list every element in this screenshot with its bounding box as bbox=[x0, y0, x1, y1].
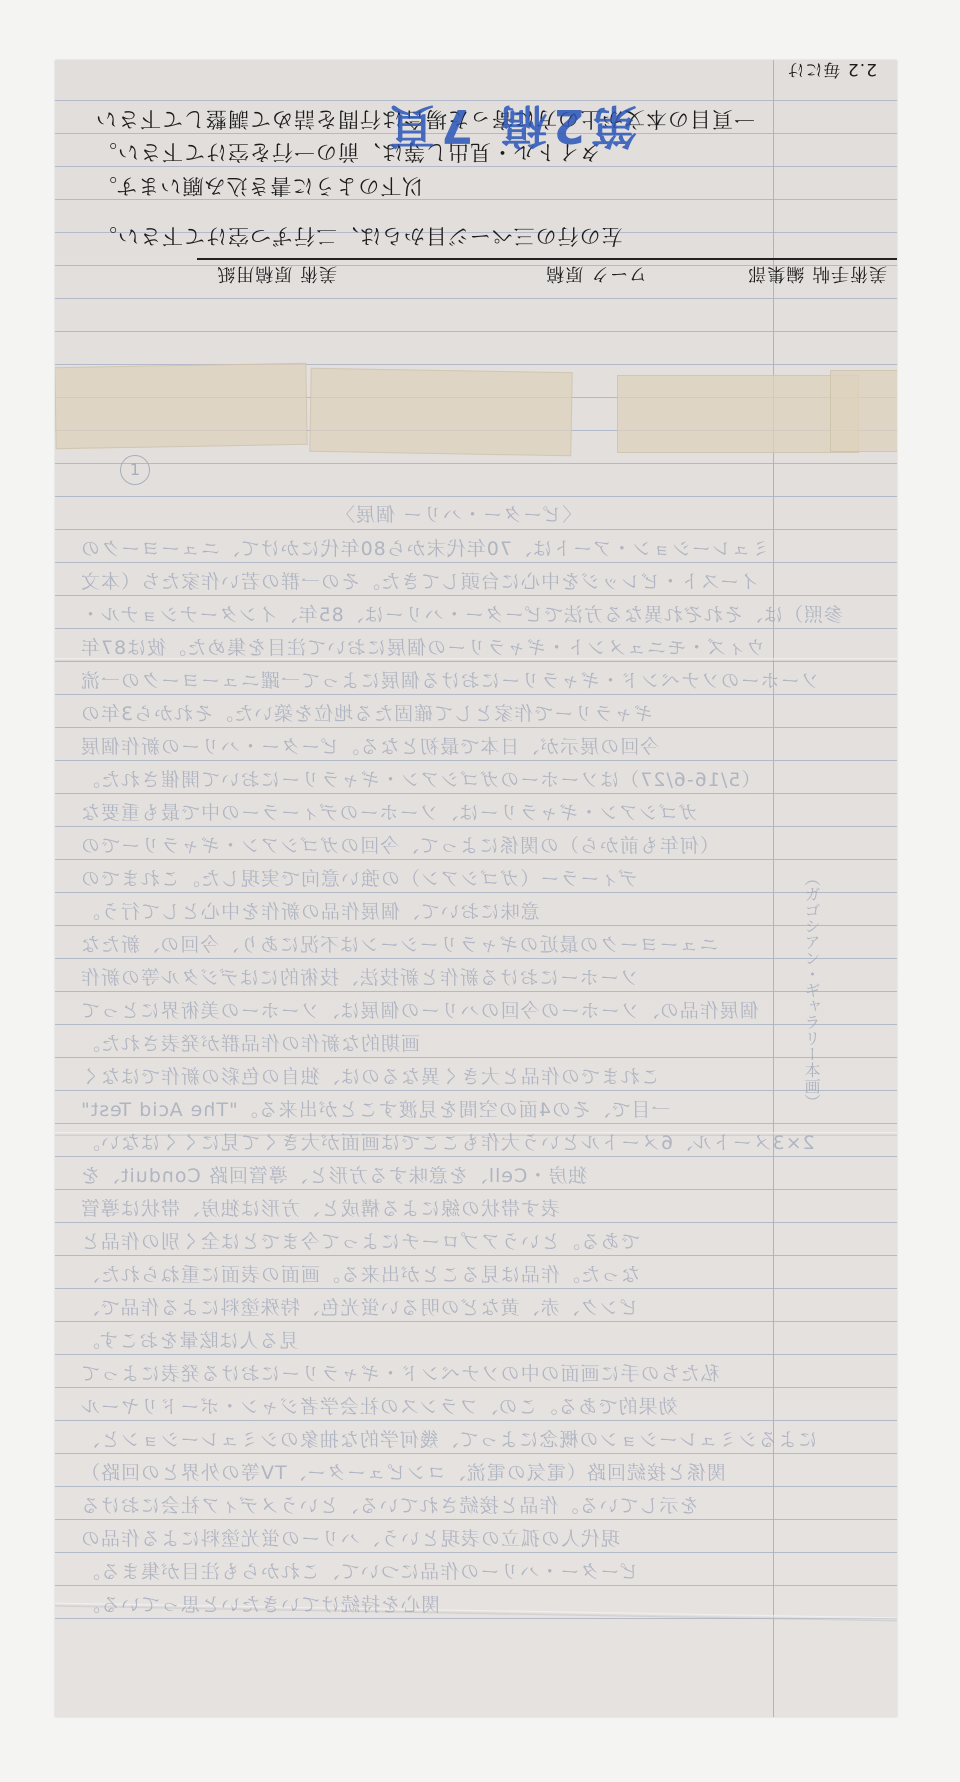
ruled-line bbox=[55, 1552, 897, 1553]
bleedthrough-line: ガゴシアン・ギャラリーは、ソーホーのディーラーの中で最も重要な bbox=[80, 798, 698, 825]
bleedthrough-line: ニューヨークの最近のギャラリーシーンは不況にあり、今回の、新たな bbox=[80, 930, 718, 957]
bleedthrough-title: 〈ピーター・ハリー 個展〉 bbox=[335, 500, 581, 527]
bleedthrough-line: これまでの作品と大きく異なるのは、独自の色彩の新作ではなく bbox=[80, 1062, 660, 1089]
ruled-line bbox=[55, 496, 897, 497]
ruled-line bbox=[55, 1255, 897, 1256]
ruled-line bbox=[55, 331, 897, 332]
bleedthrough-line: 一目で、その4面の空間を見渡すことが出来る。"The Acid Test" bbox=[80, 1095, 670, 1122]
ruled-line bbox=[55, 1519, 897, 1520]
ruled-line bbox=[55, 991, 897, 992]
ruled-line bbox=[55, 892, 897, 893]
red-margin-line bbox=[773, 60, 774, 1717]
tape-strip bbox=[617, 375, 859, 453]
bleedthrough-line: によるシミュレーションの概念によって、幾何学的な抽象のシミュレーションと、 bbox=[80, 1425, 817, 1452]
ink-line: 以下のように書き込み願います。 bbox=[95, 172, 423, 202]
bleedthrough-line: 今回の展示が、日本で最初となる。ピーター・ハリーの新作個展 bbox=[80, 732, 659, 759]
ruled-line bbox=[55, 826, 897, 827]
manuscript-page: 左の行の三ページ目からは、二行ずつ空けて下さい。 以下のように書き込み願います。… bbox=[55, 60, 897, 1717]
bleedthrough-line: （5/16-6/27）はソーホーのガゴシアン・ギャラリーにおいて開催された。 bbox=[80, 765, 760, 792]
ruled-line bbox=[55, 463, 897, 464]
header-column: ワーク 原稿 bbox=[545, 262, 647, 288]
bleedthrough-line: イースト・ビレッジを中心に台頭してきた。その一群の若い作家たち（本文 bbox=[80, 567, 759, 594]
bleedthrough-line: 個展作品の、ソーホーの今回のハリーの個展は、ソーホーの美術界にとって bbox=[80, 996, 759, 1023]
bleedthrough-line: 見る人は眩暈をおこす。 bbox=[80, 1326, 298, 1353]
bleedthrough-line: なった。作品は見ることが出来る。画面の表面に重ねられた、 bbox=[80, 1260, 640, 1287]
tape-strip bbox=[830, 370, 897, 452]
ruled-line bbox=[55, 1024, 897, 1025]
bleedthrough-line: 2×3メートル、6メートルという大作もここでは画面が大きくて見にくくはない。 bbox=[80, 1128, 815, 1155]
tape-strip bbox=[55, 363, 308, 449]
bleedthrough-line: 現代人の孤立の表現という、ハリーの蛍光塗料による作品の bbox=[80, 1524, 620, 1551]
header-column: 美術手帖 編集部 bbox=[747, 262, 887, 288]
circled-page-number: 1 bbox=[120, 455, 150, 485]
bleedthrough-line: 関心を持続けていきたいと思っている。 bbox=[80, 1590, 440, 1617]
ruled-line bbox=[55, 1189, 897, 1190]
bleedthrough-line: （何年も前から）の関係によって、今回のガゴシアン・ギャラリーでの bbox=[80, 831, 719, 858]
ruled-line bbox=[55, 1321, 897, 1322]
margin-note: （ガゴシアン・ギャラリー本画） bbox=[800, 870, 823, 1110]
bleedthrough-line: 効果的である。この、フランスの社会学者ジャン・ボードリヤール bbox=[80, 1392, 678, 1419]
header-rule bbox=[197, 258, 897, 260]
upside-down-ink-section: 左の行の三ページ目からは、二行ずつ空けて下さい。 以下のように書き込み願います。… bbox=[55, 60, 897, 280]
ruled-line bbox=[55, 1123, 897, 1124]
ruled-line bbox=[55, 1354, 897, 1355]
ruled-line bbox=[55, 1090, 897, 1091]
ruled-line bbox=[55, 1585, 897, 1586]
ruled-line bbox=[55, 1156, 897, 1157]
bleedthrough-line: ディーラー（ガゴシアン）の強い意向で実現した。これまでの bbox=[80, 864, 638, 891]
ruled-line bbox=[55, 529, 897, 530]
ruled-line bbox=[55, 760, 897, 761]
bleedthrough-line: 参照）は、それぞれ異なる方法でピーター・ハリーは、85年、インターナショナル・ bbox=[80, 600, 843, 627]
ruled-line bbox=[55, 628, 897, 629]
ruled-line bbox=[55, 694, 897, 695]
bleedthrough-line: ミュレーション・アートは、70年代末から80年代にかけて、ニューヨークの bbox=[80, 534, 770, 561]
bleedthrough-line: 表す帯状の線による構成と、方形は独房、帯状は導管 bbox=[80, 1194, 560, 1221]
ruled-line bbox=[55, 958, 897, 959]
bleedthrough-line: ソーホーのソナベンド・ギャラリーにおける個展によって一躍ニューヨークの一流 bbox=[80, 666, 820, 693]
bleedthrough-line: 独房・Cell、を意味する方形と、導管回路 Conduit、を bbox=[80, 1161, 587, 1188]
bleedthrough-line: 意味において、個展作品の新作を中心として行う。 bbox=[80, 897, 540, 924]
corner-note: 2.2 毎にけ bbox=[787, 60, 877, 84]
bleedthrough-line: ギャラリーで作家として確固たる地位を築いた。それから3年の bbox=[80, 699, 653, 726]
ruled-line bbox=[55, 859, 897, 860]
ruled-line bbox=[55, 1453, 897, 1454]
bleedthrough-line: 私たちの手に画面の中のソナベンド・ギャラリーにおける発表によって bbox=[80, 1359, 720, 1386]
bleedthrough-line: 画期的な新作の作品群が発表された。 bbox=[80, 1029, 420, 1056]
bleedthrough-line: を示している。作品と接続されている、というメディア社会における bbox=[80, 1491, 698, 1518]
bleedthrough-line: ピンク、赤、黄などの明るい蛍光色、特殊塗料による作品で、 bbox=[80, 1293, 638, 1320]
ruled-line bbox=[55, 562, 897, 563]
bleedthrough-line: ウィズ・モニュメント・ギャラリーの個展において注目を集めた。彼は87年 bbox=[80, 633, 765, 660]
ruled-line bbox=[55, 727, 897, 728]
bleedthrough-line: 関係と接続回路（電気の電流、コンピューター、TV等の外界との回路） bbox=[80, 1458, 726, 1485]
ruled-line bbox=[55, 1420, 897, 1421]
ruled-line bbox=[55, 1288, 897, 1289]
header-column: 美術 原稿用紙 bbox=[216, 262, 337, 288]
ruled-line bbox=[55, 1387, 897, 1388]
ruled-line bbox=[55, 595, 897, 596]
ruled-line bbox=[55, 793, 897, 794]
bleedthrough-line: ソーホーにおける新作と新技法、技術的にはデジタル等の新作 bbox=[80, 963, 639, 990]
ruled-line bbox=[55, 925, 897, 926]
ruled-line bbox=[55, 1222, 897, 1223]
ruled-line bbox=[55, 1486, 897, 1487]
blue-marker-annotation: 第2稿 7頁 bbox=[383, 96, 637, 162]
ruled-line bbox=[55, 298, 897, 299]
ruled-line bbox=[55, 1057, 897, 1058]
ink-line: 左の行の三ページ目からは、二行ずつ空けて下さい。 bbox=[95, 222, 623, 252]
tape-strip bbox=[309, 368, 572, 457]
bleedthrough-line: ピーター・ハリーの作品について、これからも注目が集まる。 bbox=[80, 1557, 638, 1584]
bleedthrough-line: である。というアプローチによって今までとは全く別の作品と bbox=[80, 1227, 640, 1254]
